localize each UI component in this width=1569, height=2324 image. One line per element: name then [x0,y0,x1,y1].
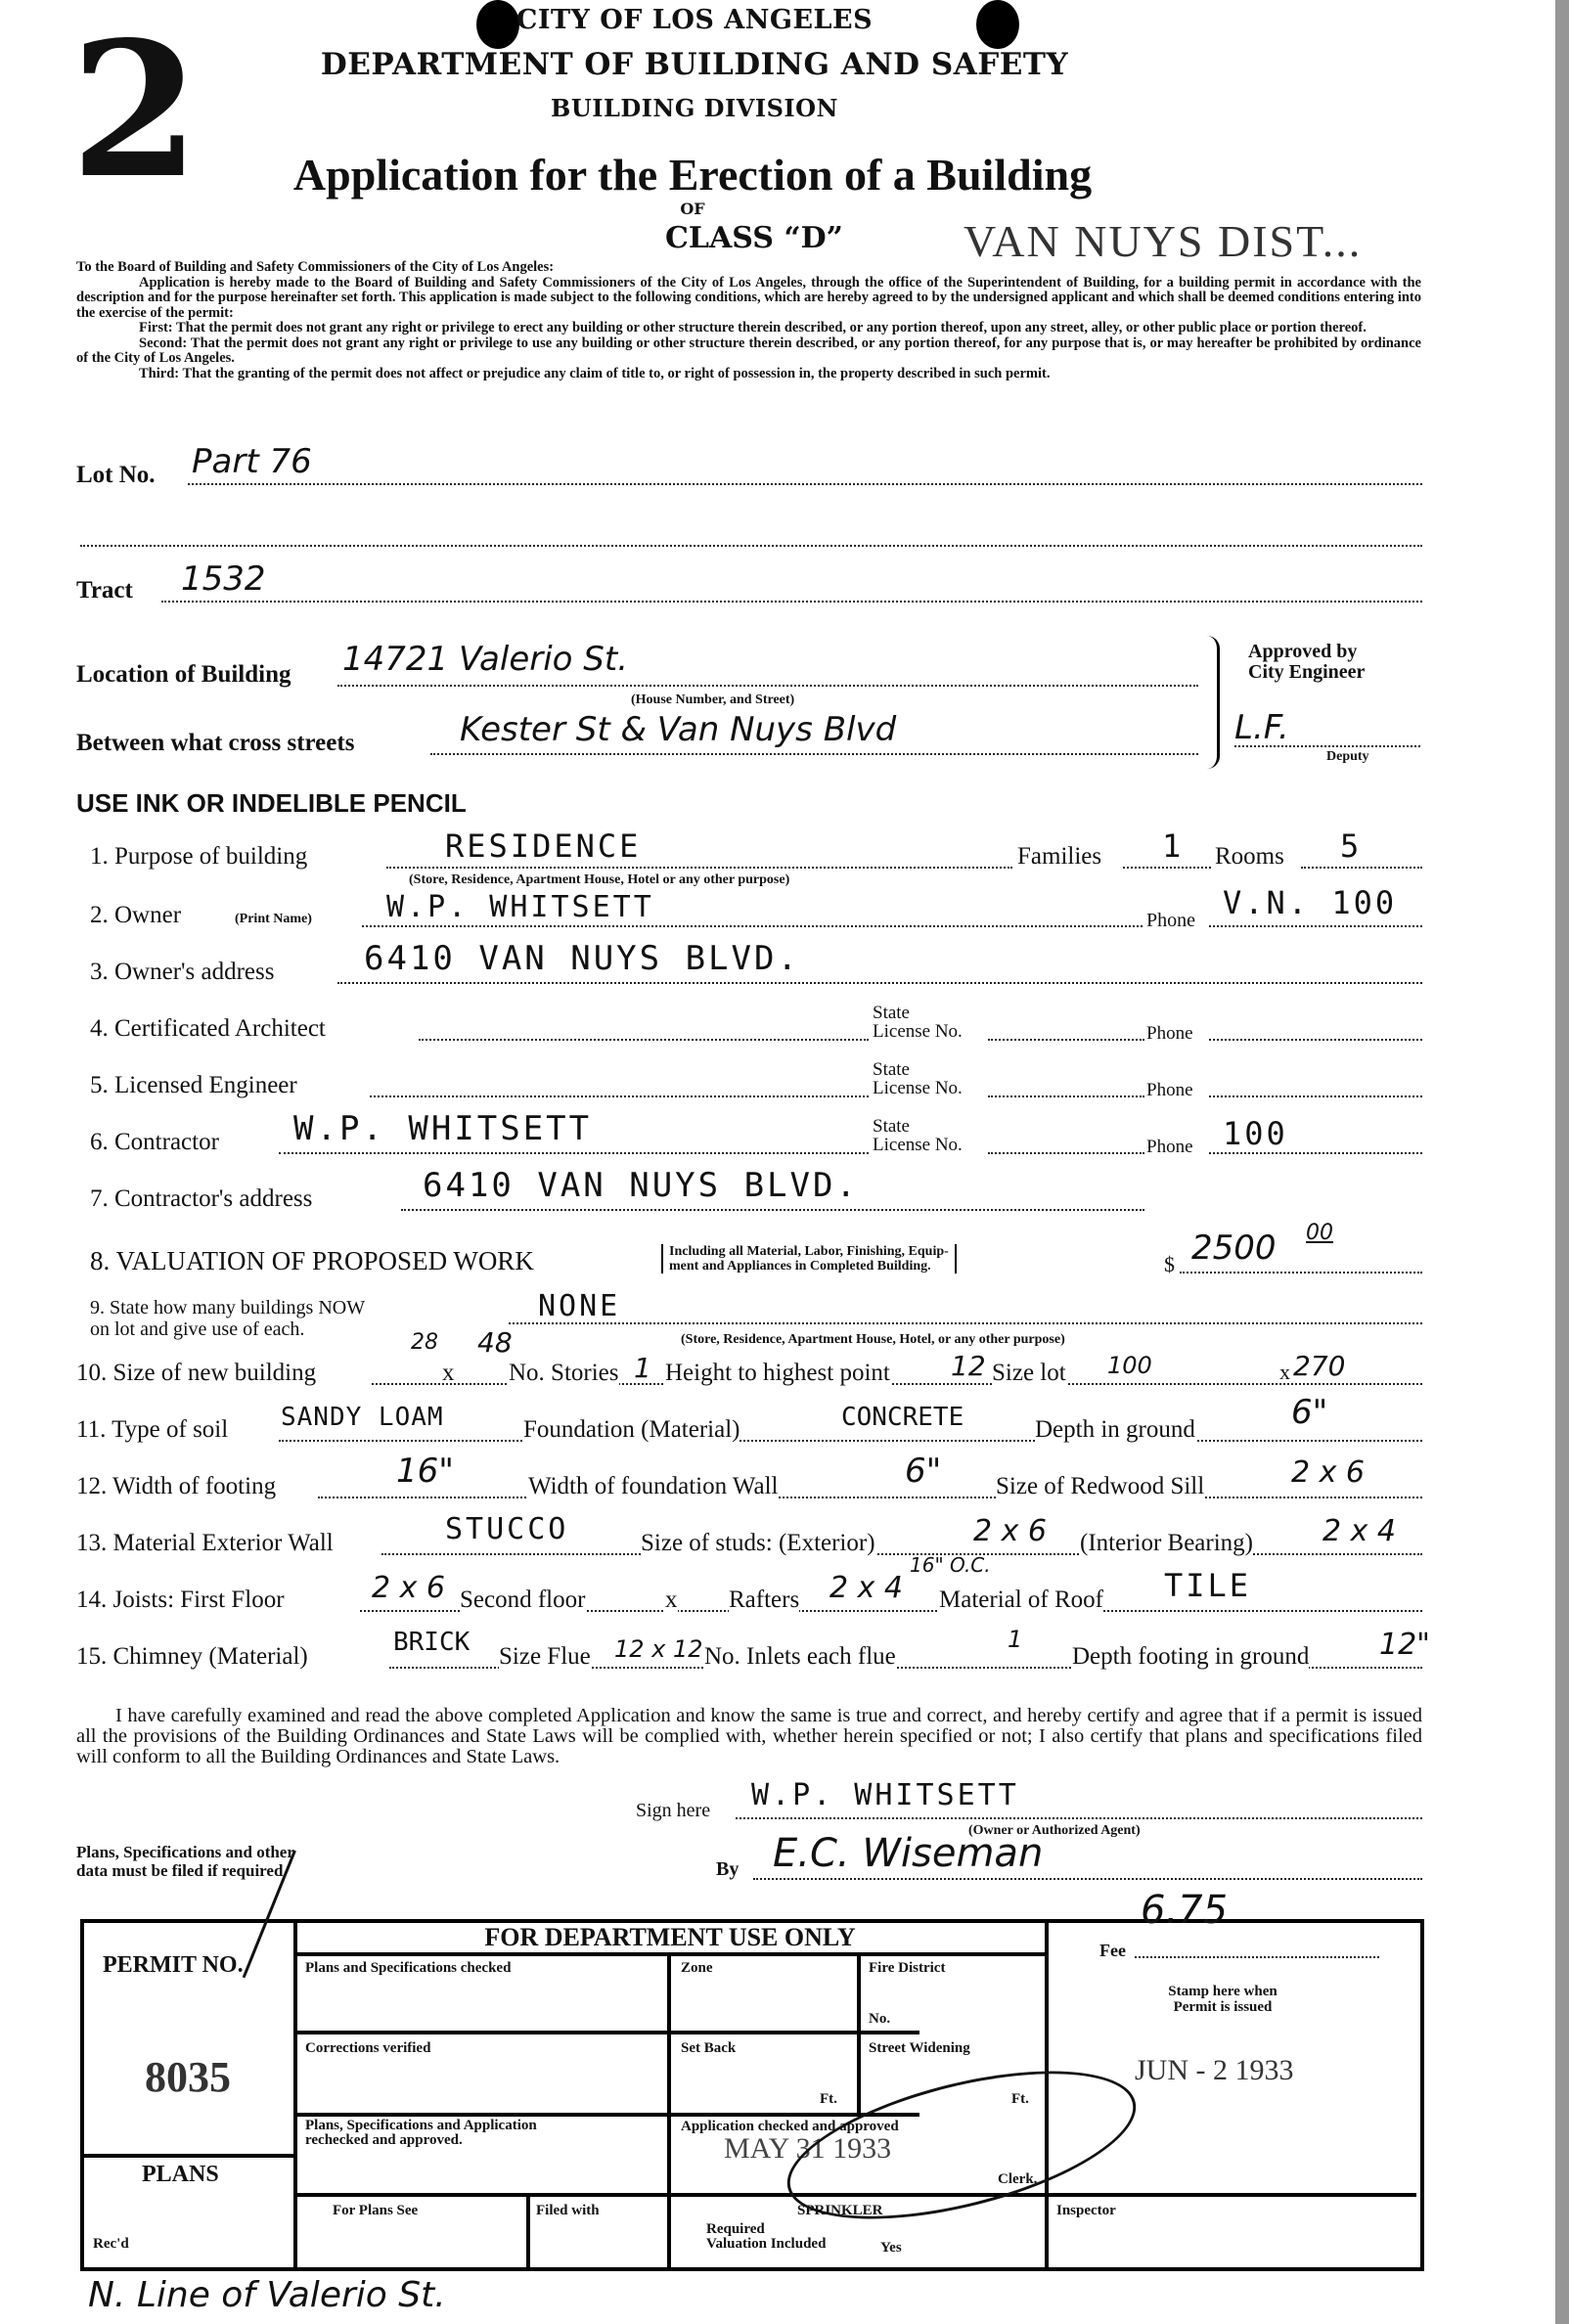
families-label: Families [1017,843,1101,871]
size-label: 10. Size of new building [76,1360,316,1387]
set-back-ft: Ft. [820,2091,837,2108]
page-title: Application for the Erection of a Buildi… [0,149,1385,201]
vertical-scrollbar[interactable] [1555,0,1569,2324]
contractor-line [279,1152,869,1154]
existing-value[interactable]: NONE [538,1289,620,1323]
roof-label: Material of Roof [939,1587,1103,1614]
engineer-phone-label: Phone [1146,1080,1193,1101]
existing-label: 9. State how many buildings NOWon lot an… [90,1297,365,1340]
contractor-address-label: 7. Contractor's address [90,1185,312,1213]
contractor-phone-line [1209,1152,1422,1154]
issued-date-stamp: JUN - 2 1933 [1135,2054,1294,2087]
cross-streets-line [430,753,1198,755]
studs-interior-value[interactable]: 2 x 4 [1322,1514,1396,1548]
deputy-label: Deputy [1326,749,1369,765]
by-line [753,1878,1422,1880]
engineer-label: 5. Licensed Engineer [90,1072,297,1099]
set-back-label: Set Back [681,2040,736,2057]
architect-label: 4. Certificated Architect [90,1015,326,1043]
location-label: Location of Building [76,661,291,689]
application-text: Application is hereby made to the Board … [76,276,1421,322]
contractor-phone-label: Phone [1146,1137,1193,1158]
plans-see-divider [526,2195,530,2267]
owner-sub: (Print Name) [235,912,312,927]
footer-note: N. Line of Valerio St. [88,2275,446,2315]
families-value[interactable]: 1 [1162,827,1184,865]
building-class: CLASS “D” [665,221,843,255]
engineer-license-label: StateLicense No. [873,1060,963,1097]
department-name: DEPARTMENT OF BUILDING AND SAFETY [0,47,1389,82]
studs-spacing: 16" O.C. [910,1553,991,1577]
architect-phone-label: Phone [1146,1023,1193,1045]
recd-label: Rec'd [93,2236,129,2253]
exterior-wall-line [381,1553,1422,1555]
flue-value[interactable]: 12 x 12 [614,1635,703,1663]
joists-first-value[interactable]: 2 x 6 [372,1571,445,1605]
roof-value[interactable]: TILE [1164,1567,1251,1604]
studs-label: Size of studs: (Exterior) [641,1530,875,1557]
engineer-license-line[interactable] [988,1095,1144,1097]
chimney-label: 15. Chimney (Material) [76,1643,308,1671]
studs-exterior-value[interactable]: 2 x 6 [973,1514,1047,1548]
footing-label: 12. Width of footing [76,1473,276,1500]
architect-line [419,1039,869,1041]
sign-here-line [736,1817,1422,1819]
intro-conditions: To the Board of Building and Safety Comm… [76,260,1421,381]
permit-col-divider [293,1919,297,2267]
foundation-label: Foundation (Material) [523,1416,740,1444]
lot-size-label: Size lot [992,1360,1066,1387]
lot-size-x: x [1279,1360,1290,1385]
tract-value[interactable]: 1532 [181,559,266,599]
by-signature[interactable]: E.C. Wiseman [773,1831,1043,1876]
contractor-address-value[interactable]: 6410 VAN NUYS BLVD. [423,1166,859,1205]
permit-number: 8035 [145,2052,231,2102]
lot-line [188,483,1422,485]
permit-application-page: 2 CITY OF LOS ANGELES DEPARTMENT OF BUIL… [0,0,1555,2324]
purpose-hint: (Store, Residence, Apartment House, Hote… [409,872,789,888]
street-widening-label: Street Widening [869,2040,970,2057]
purpose-label: 1. Purpose of building [90,843,307,871]
salutation: To the Board of Building and Safety Comm… [76,260,1421,276]
approval-initials: L.F. [1234,708,1289,747]
valuation-note: Including all Material, Labor, Finishing… [661,1244,957,1274]
size-depth[interactable]: 48 [477,1326,513,1359]
size-width[interactable]: 28 [411,1330,438,1355]
rafters-value[interactable]: 2 x 4 [829,1571,903,1605]
valuation-line [1180,1272,1422,1274]
rooms-line [1301,867,1422,869]
certification-text: I have carefully examined and read the a… [76,1706,1422,1767]
engineer-line [370,1095,869,1097]
owner-phone-line [1209,925,1422,927]
fee-label: Fee [1099,1941,1126,1961]
owner-line [362,925,1143,927]
footing-line [318,1497,1422,1498]
purpose-value[interactable]: RESIDENCE [445,827,641,865]
lot-size-depth[interactable]: 270 [1293,1350,1345,1382]
depth-label: Depth in ground [1035,1416,1195,1444]
inspector-label: Inspector [1056,2203,1116,2219]
contractor-address-line [401,1209,1144,1211]
deputy-line [1234,745,1420,747]
depth-footing-label: Depth footing in ground [1072,1643,1309,1671]
row2-divider [295,2113,919,2117]
valuation-cents: 00 [1306,1221,1333,1245]
rechecked-label: Plans, Specifications and Applicationrec… [305,2119,537,2148]
contractor-phone-value[interactable]: 100 [1223,1115,1288,1152]
heading-divider [295,1952,1047,1956]
foundation-value[interactable]: CONCRETE [841,1403,964,1432]
size-x: x [442,1360,455,1387]
tract-line [161,601,1422,603]
sill-label: Size of Redwood Sill [996,1473,1204,1500]
owner-address-value[interactable]: 6410 VAN NUYS BLVD. [364,939,800,978]
engineer-phone-line[interactable] [1209,1095,1422,1097]
plans-note: Plans, Specifications and otherdata must… [76,1843,294,1880]
corrections-label: Corrections verified [305,2040,430,2057]
height-label: Height to highest point [665,1360,890,1387]
owner-value[interactable]: W.P. WHITSETT [386,890,654,924]
second-floor-label: Second floor [460,1587,585,1614]
department-box [80,1919,1424,2271]
ink-instruction: USE INK OR INDELIBLE PENCIL [76,788,467,819]
owner-phone-label: Phone [1146,910,1195,932]
interior-bearing-label: (Interior Bearing) [1080,1530,1253,1557]
approval-label: Approved by City Engineer [1248,642,1365,683]
contractor-license-line[interactable] [988,1152,1144,1154]
tract-label: Tract [76,577,133,604]
depth-footing-value[interactable]: 12" [1379,1628,1430,1662]
soil-line [279,1440,1422,1442]
existing-line [509,1322,1422,1324]
location-line [337,685,1198,687]
stories-value[interactable]: 1 [634,1352,651,1384]
brace [1207,636,1220,769]
contractor-label: 6. Contractor [90,1129,219,1156]
architect-license-line[interactable] [988,1039,1144,1041]
condition-first: First: That the permit does not grant an… [76,321,1421,336]
division-name: BUILDING DIVISION [0,94,1389,122]
plans-label: PLANS [142,2162,219,2188]
foundation-wall-value[interactable]: 6" [905,1452,941,1491]
purpose-line [386,867,1012,869]
soil-value[interactable]: SANDY LOAM [281,1403,444,1432]
cross-streets-label: Between what cross streets [76,730,354,757]
lot-value[interactable]: Part 76 [192,442,312,481]
height-value[interactable]: 12 [951,1350,986,1382]
permit-label: PERMIT NO. [103,1952,244,1979]
rooms-value[interactable]: 5 [1340,827,1362,865]
for-plans-see-label: For Plans See [333,2203,418,2219]
stories-label: No. Stories [509,1360,619,1387]
plans-divider [82,2154,295,2158]
exterior-wall-label: 13. Material Exterior Wall [76,1530,334,1557]
families-line [1123,867,1211,869]
fire-no-label: No. [869,2011,890,2028]
valuation-label: 8. VALUATION OF PROPOSED WORK [90,1246,534,1276]
rooms-label: Rooms [1215,843,1284,871]
zone-col-divider [667,1954,671,2267]
cross-streets-value[interactable]: Kester St & Van Nuys Blvd [460,710,896,749]
footing-value[interactable]: 16" [396,1452,454,1491]
soil-label: 11. Type of soil [76,1416,228,1444]
architect-license-label: StateLicense No. [873,1004,963,1041]
filed-with-label: Filed with [536,2203,600,2219]
sprinkler-yes-label: Yes [880,2240,902,2257]
owner-address-line [337,982,1422,984]
owner-address-label: 3. Owner's address [90,959,275,986]
contractor-value[interactable]: W.P. WHITSETT [293,1109,592,1148]
zone-label: Zone [681,1960,713,1977]
contractor-license-label: StateLicense No. [873,1117,963,1154]
chimney-value[interactable]: BRICK [393,1628,470,1657]
condition-second: Second: That the permit does not grant a… [76,336,1421,367]
owner-phone-value[interactable]: V.N. 100 [1223,884,1397,921]
lot-size-width[interactable]: 100 [1107,1352,1152,1379]
valuation-value[interactable]: 2500 [1191,1229,1277,1268]
valuation-currency: $ [1164,1252,1175,1277]
by-label: By [716,1858,739,1881]
inlets-label: No. Inlets each flue [704,1643,896,1671]
existing-hint: (Store, Residence, Apartment House, Hote… [681,1332,1065,1348]
joists-label: 14. Joists: First Floor [76,1587,285,1614]
rafters-label: Rafters [729,1587,799,1614]
lot-line-2 [80,545,1422,547]
plans-checked-label: Plans and Specifications checked [305,1960,511,1977]
city-name: CITY OF LOS ANGELES [0,5,1389,35]
exterior-wall-value[interactable]: STUCCO [445,1512,568,1546]
inlets-value[interactable]: 1 [1008,1626,1022,1653]
sign-here-label: Sign here [636,1800,710,1822]
flue-label: Size Flue [499,1643,591,1671]
location-hint: (House Number, and Street) [631,693,794,708]
sign-here-value[interactable]: W.P. WHITSETT [751,1778,1019,1812]
location-value[interactable]: 14721 Valerio St. [342,640,628,679]
owner-label: 2. Owner [90,902,181,929]
condition-third: Third: That the granting of the permit d… [76,367,1421,382]
fire-district-label: Fire District [869,1960,945,1977]
architect-phone-line[interactable] [1209,1039,1422,1041]
stamp-hint: Stamp here whenPermit is issued [1125,1984,1321,2015]
row1-divider [295,2031,919,2034]
second-floor-x[interactable]: x [665,1587,678,1614]
sill-value[interactable]: 2 x 6 [1291,1455,1365,1490]
fire-col-divider [857,1954,861,2115]
lot-label: Lot No. [76,462,156,489]
depth-value[interactable]: 6" [1291,1393,1327,1432]
department-heading: FOR DEPARTMENT USE ONLY [293,1923,1047,1952]
fee-line [1135,1956,1379,1958]
foundation-wall-label: Width of foundation Wall [528,1473,779,1500]
sprinkler-required-label: RequiredValuation Included [706,2222,826,2252]
fee-value[interactable]: 6.75 [1141,1888,1228,1933]
